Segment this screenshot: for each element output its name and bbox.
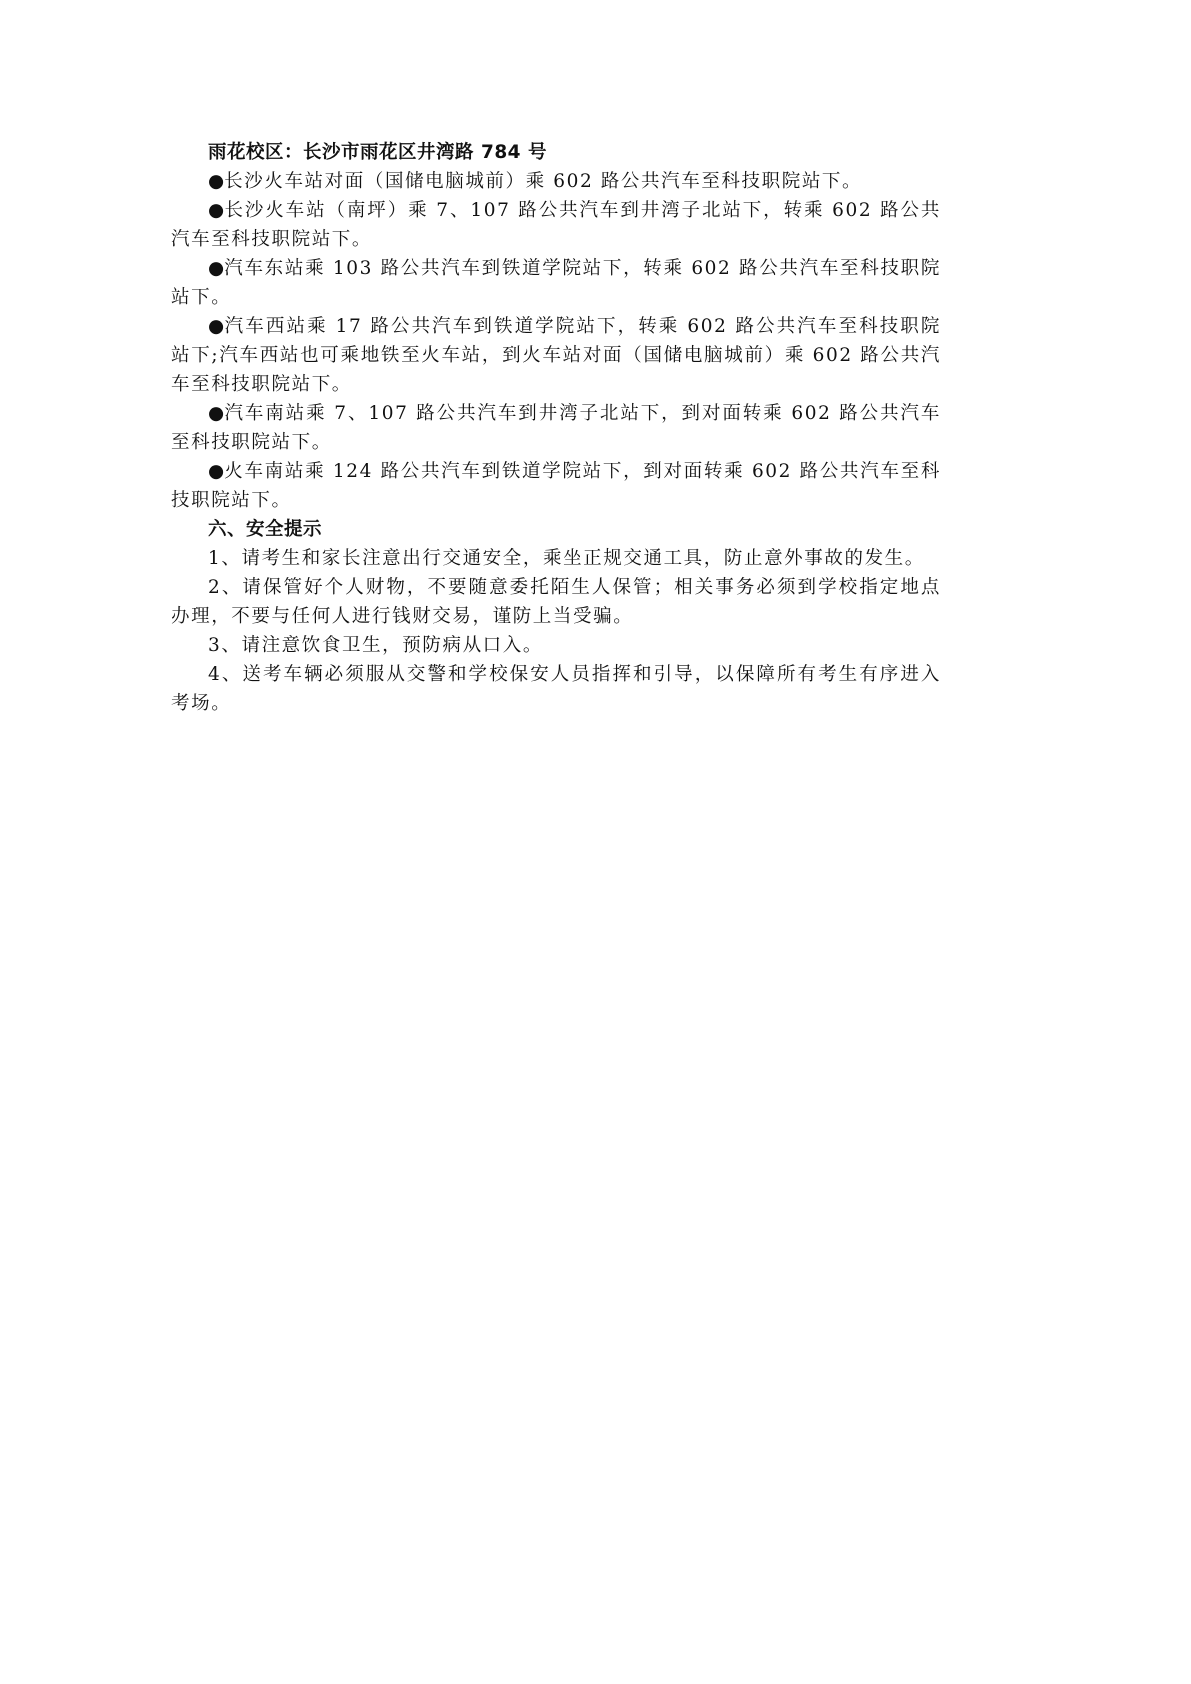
route-text: 长沙火车站对面（国储电脑城前）乘 602 路公共汽车至科技职院站下。 [224, 171, 862, 192]
route-text: 火车南站乘 124 路公共汽车到铁道学院站下，到对面转乘 602 路公共汽车至科… [171, 461, 941, 511]
campus-address-heading: 雨花校区：长沙市雨花区井湾路 784 号 [171, 138, 941, 167]
safety-item: 3、请注意饮食卫生，预防病从口入。 [171, 631, 941, 660]
safety-item: 1、请考生和家长注意出行交通安全，乘坐正规交通工具，防止意外事故的发生。 [171, 544, 941, 573]
route-item: ●长沙火车站对面（国储电脑城前）乘 602 路公共汽车至科技职院站下。 [171, 167, 941, 196]
bullet-icon: ● [208, 316, 225, 337]
bullet-icon: ● [208, 171, 224, 192]
route-text: 汽车东站乘 103 路公共汽车到铁道学院站下，转乘 602 路公共汽车至科技职院… [171, 258, 941, 308]
route-text: 长沙火车站（南坪）乘 7、107 路公共汽车到井湾子北站下，转乘 602 路公共… [171, 200, 941, 250]
route-item: ●汽车南站乘 7、107 路公共汽车到井湾子北站下，到对面转乘 602 路公共汽… [171, 399, 941, 457]
route-text: 汽车南站乘 7、107 路公共汽车到井湾子北站下，到对面转乘 602 路公共汽车… [171, 403, 941, 453]
bullet-icon: ● [208, 200, 224, 221]
route-text: 汽车西站乘 17 路公共汽车到铁道学院站下，转乘 602 路公共汽车至科技职院站… [171, 316, 941, 395]
safety-item: 4、送考车辆必须服从交警和学校保安人员指挥和引导，以保障所有考生有序进入考场。 [171, 660, 941, 718]
route-item: ●汽车东站乘 103 路公共汽车到铁道学院站下，转乘 602 路公共汽车至科技职… [171, 254, 941, 312]
route-item: ●汽车西站乘 17 路公共汽车到铁道学院站下，转乘 602 路公共汽车至科技职院… [171, 312, 941, 399]
bullet-icon: ● [208, 258, 224, 279]
document-page: 雨花校区：长沙市雨花区井湾路 784 号 ●长沙火车站对面（国储电脑城前）乘 6… [171, 138, 941, 718]
route-item: ●火车南站乘 124 路公共汽车到铁道学院站下，到对面转乘 602 路公共汽车至… [171, 457, 941, 515]
bullet-icon: ● [208, 461, 224, 482]
bullet-icon: ● [208, 403, 224, 424]
safety-item: 2、请保管好个人财物，不要随意委托陌生人保管；相关事务必须到学校指定地点办理，不… [171, 573, 941, 631]
route-item: ●长沙火车站（南坪）乘 7、107 路公共汽车到井湾子北站下，转乘 602 路公… [171, 196, 941, 254]
safety-tips-heading: 六、安全提示 [171, 515, 941, 544]
